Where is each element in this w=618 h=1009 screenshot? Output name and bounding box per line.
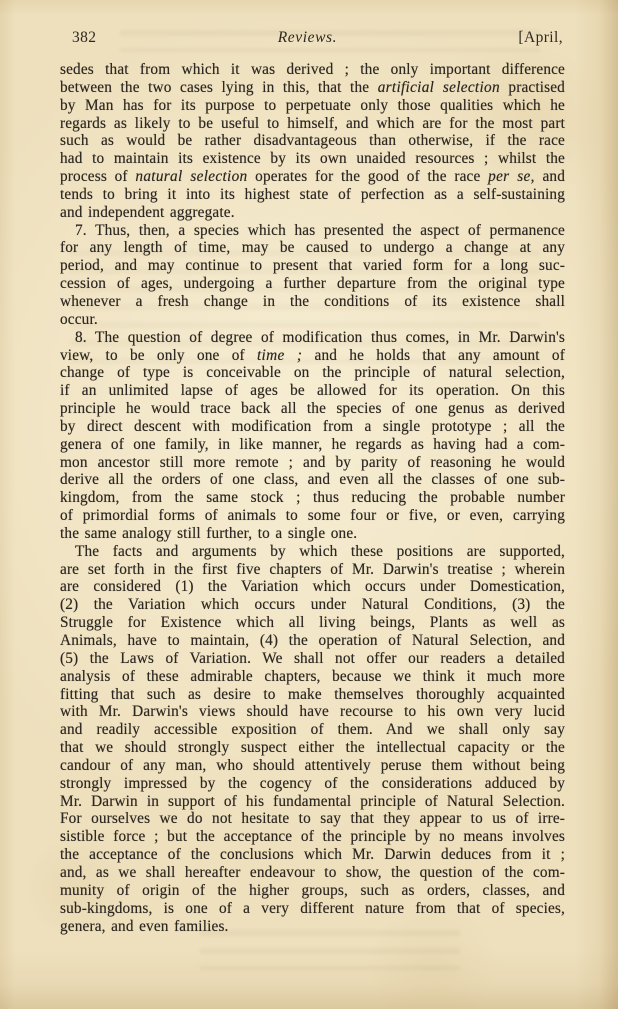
text-line: the acceptance of the conclusions which … xyxy=(60,846,565,864)
paragraph: 8. The question of degree of modificatio… xyxy=(60,329,565,543)
text-line: cession of ages, undergoing a further de… xyxy=(60,275,565,293)
text-line: derive all the orders of one class, and … xyxy=(60,471,565,489)
text-line: For ourselves we do not hesitate to say … xyxy=(60,810,565,828)
text-line: had to maintain its existence by its own… xyxy=(60,150,565,168)
text-line: for any length of time, may be caused to… xyxy=(60,239,565,257)
text-line: that we should strongly suspect either t… xyxy=(60,739,565,757)
scanned-book-page: { "header": { "page_number": "382", "run… xyxy=(0,0,618,1009)
text-line: such as would be rather disadvantageous … xyxy=(60,132,565,150)
text-line: sedes that from which it was derived ; t… xyxy=(60,61,565,79)
text-line: by Man has for its purpose to perpetuate… xyxy=(60,97,565,115)
text-line: 7. Thus, then, a species which has prese… xyxy=(60,222,565,240)
running-title: Reviews. xyxy=(278,29,337,47)
text-line: process of natural selection operates fo… xyxy=(60,168,565,186)
text-line: genera of one family, in like manner, he… xyxy=(60,436,565,454)
text-line: Struggle for Existence which all living … xyxy=(60,614,565,632)
page-number: 382 xyxy=(72,29,96,47)
text-line: sistible force ; but the acceptance of t… xyxy=(60,828,565,846)
paragraph: The facts and arguments by which these p… xyxy=(60,543,565,936)
text-line: are considered (1) the Variation which o… xyxy=(60,578,565,596)
text-line: by direct descent with modification from… xyxy=(60,418,565,436)
text-line: strongly impressed by the cogency of the… xyxy=(60,775,565,793)
text-line: period, and may continue to present that… xyxy=(60,257,565,275)
paragraph: 7. Thus, then, a species which has prese… xyxy=(60,222,565,329)
page-text: sedes that from which it was derived ; t… xyxy=(60,61,565,935)
text-line: The facts and arguments by which these p… xyxy=(60,543,565,561)
text-line: tends to bring it into its highest state… xyxy=(60,186,565,204)
text-line: mon ancestor still more remote ; and by … xyxy=(60,454,565,472)
text-line: candour of any man, who should attentive… xyxy=(60,757,565,775)
text-line: (2) the Variation which occurs under Nat… xyxy=(60,596,565,614)
text-line: and, as we shall hereafter endeavour to … xyxy=(60,864,565,882)
text-line: 8. The question of degree of modificatio… xyxy=(60,329,565,347)
text-line: between the two cases lying in this, tha… xyxy=(60,79,565,97)
text-line: Animals, have to maintain, (4) the opera… xyxy=(60,632,565,650)
text-line: munity of origin of the higher groups, s… xyxy=(60,882,565,900)
text-line: change of type is conceivable on the pri… xyxy=(60,364,565,382)
text-line: Mr. Darwin in support of his fundamental… xyxy=(60,793,565,811)
text-line: genera, and even families. xyxy=(60,918,565,936)
text-line: principle he would trace back all the sp… xyxy=(60,400,565,418)
text-line: with Mr. Darwin's views should have reco… xyxy=(60,703,565,721)
bleedthrough-smudge xyxy=(200,930,460,970)
text-line: kingdom, from the same stock ; thus redu… xyxy=(60,489,565,507)
text-line: regards as likely to be useful to himsel… xyxy=(60,115,565,133)
text-line: if an unlimited lapse of ages be allowed… xyxy=(60,382,565,400)
text-line: and independent aggregate. xyxy=(60,204,565,222)
text-line: view, to be only one of time ; and he ho… xyxy=(60,347,565,365)
running-head: 382 Reviews. [April, xyxy=(60,29,565,47)
text-line: are set forth in the first five chapters… xyxy=(60,561,565,579)
text-line: and readily accessible exposition of the… xyxy=(60,721,565,739)
text-line: fitting that such as desire to make them… xyxy=(60,686,565,704)
text-line: of primordial forms of animals to some f… xyxy=(60,507,565,525)
text-block: 382 Reviews. [April, sedes that from whi… xyxy=(60,29,565,935)
text-line: sub-kingdoms, is one of a very different… xyxy=(60,900,565,918)
issue-date: [April, xyxy=(518,29,563,47)
paragraph: sedes that from which it was derived ; t… xyxy=(60,61,565,222)
text-line: the same analogy still further, to a sin… xyxy=(60,525,565,543)
text-line: whenever a fresh change in the condition… xyxy=(60,293,565,311)
text-line: occur. xyxy=(60,311,565,329)
text-line: analysis of these admirable chapters, be… xyxy=(60,668,565,686)
text-line: (5) the Laws of Variation. We shall not … xyxy=(60,650,565,668)
